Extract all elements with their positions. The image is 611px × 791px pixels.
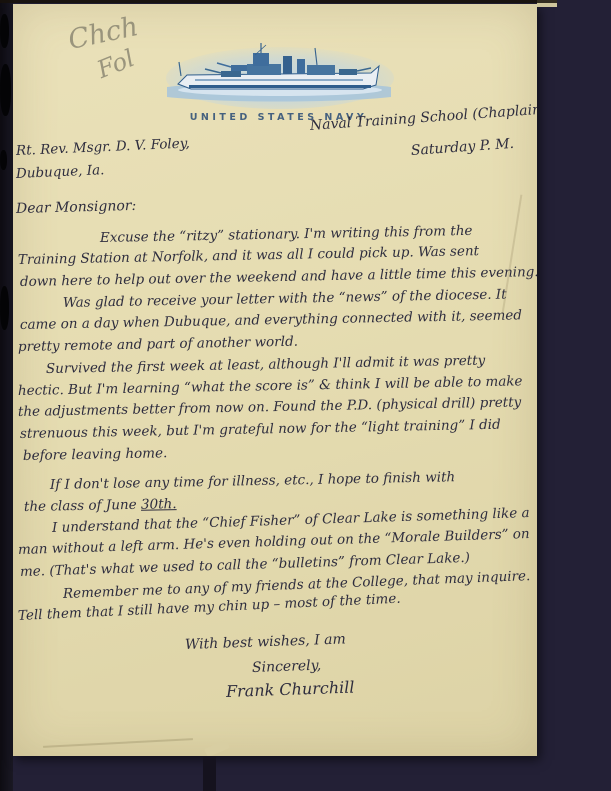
closing-sincerely: Sincerely,	[252, 658, 322, 676]
letter-paper: Chch Fol	[13, 4, 537, 756]
battleship-icon	[163, 42, 398, 110]
binding-hole	[0, 150, 7, 170]
june-line-prefix: the class of June	[24, 496, 141, 514]
album-binding-strip	[0, 0, 13, 791]
dateline-day: Saturday P. M.	[410, 136, 514, 159]
navy-battleship-illustration	[163, 42, 398, 110]
paper-fold-mark	[204, 740, 230, 756]
album-page-seam	[203, 756, 216, 791]
signature: Frank Churchill	[226, 678, 355, 701]
salutation: Dear Monsignor:	[16, 198, 137, 217]
top-edge-shadow	[0, 0, 557, 3]
recipient-name: Rt. Rev. Msgr. D. V. Foley,	[16, 135, 191, 159]
underlined-date: 30th.	[141, 496, 177, 513]
paper-crease	[43, 738, 193, 748]
binding-hole	[0, 64, 11, 116]
binding-hole	[0, 286, 9, 330]
closing-wishes: With best wishes, I am	[185, 631, 346, 653]
letter-photograph: Chch Fol	[0, 0, 611, 791]
binding-hole	[0, 14, 9, 48]
letter-body: Excuse the “ritzy” stationary. I'm writi…	[18, 228, 537, 627]
recipient-city: Dubuque, Ia.	[16, 162, 105, 182]
